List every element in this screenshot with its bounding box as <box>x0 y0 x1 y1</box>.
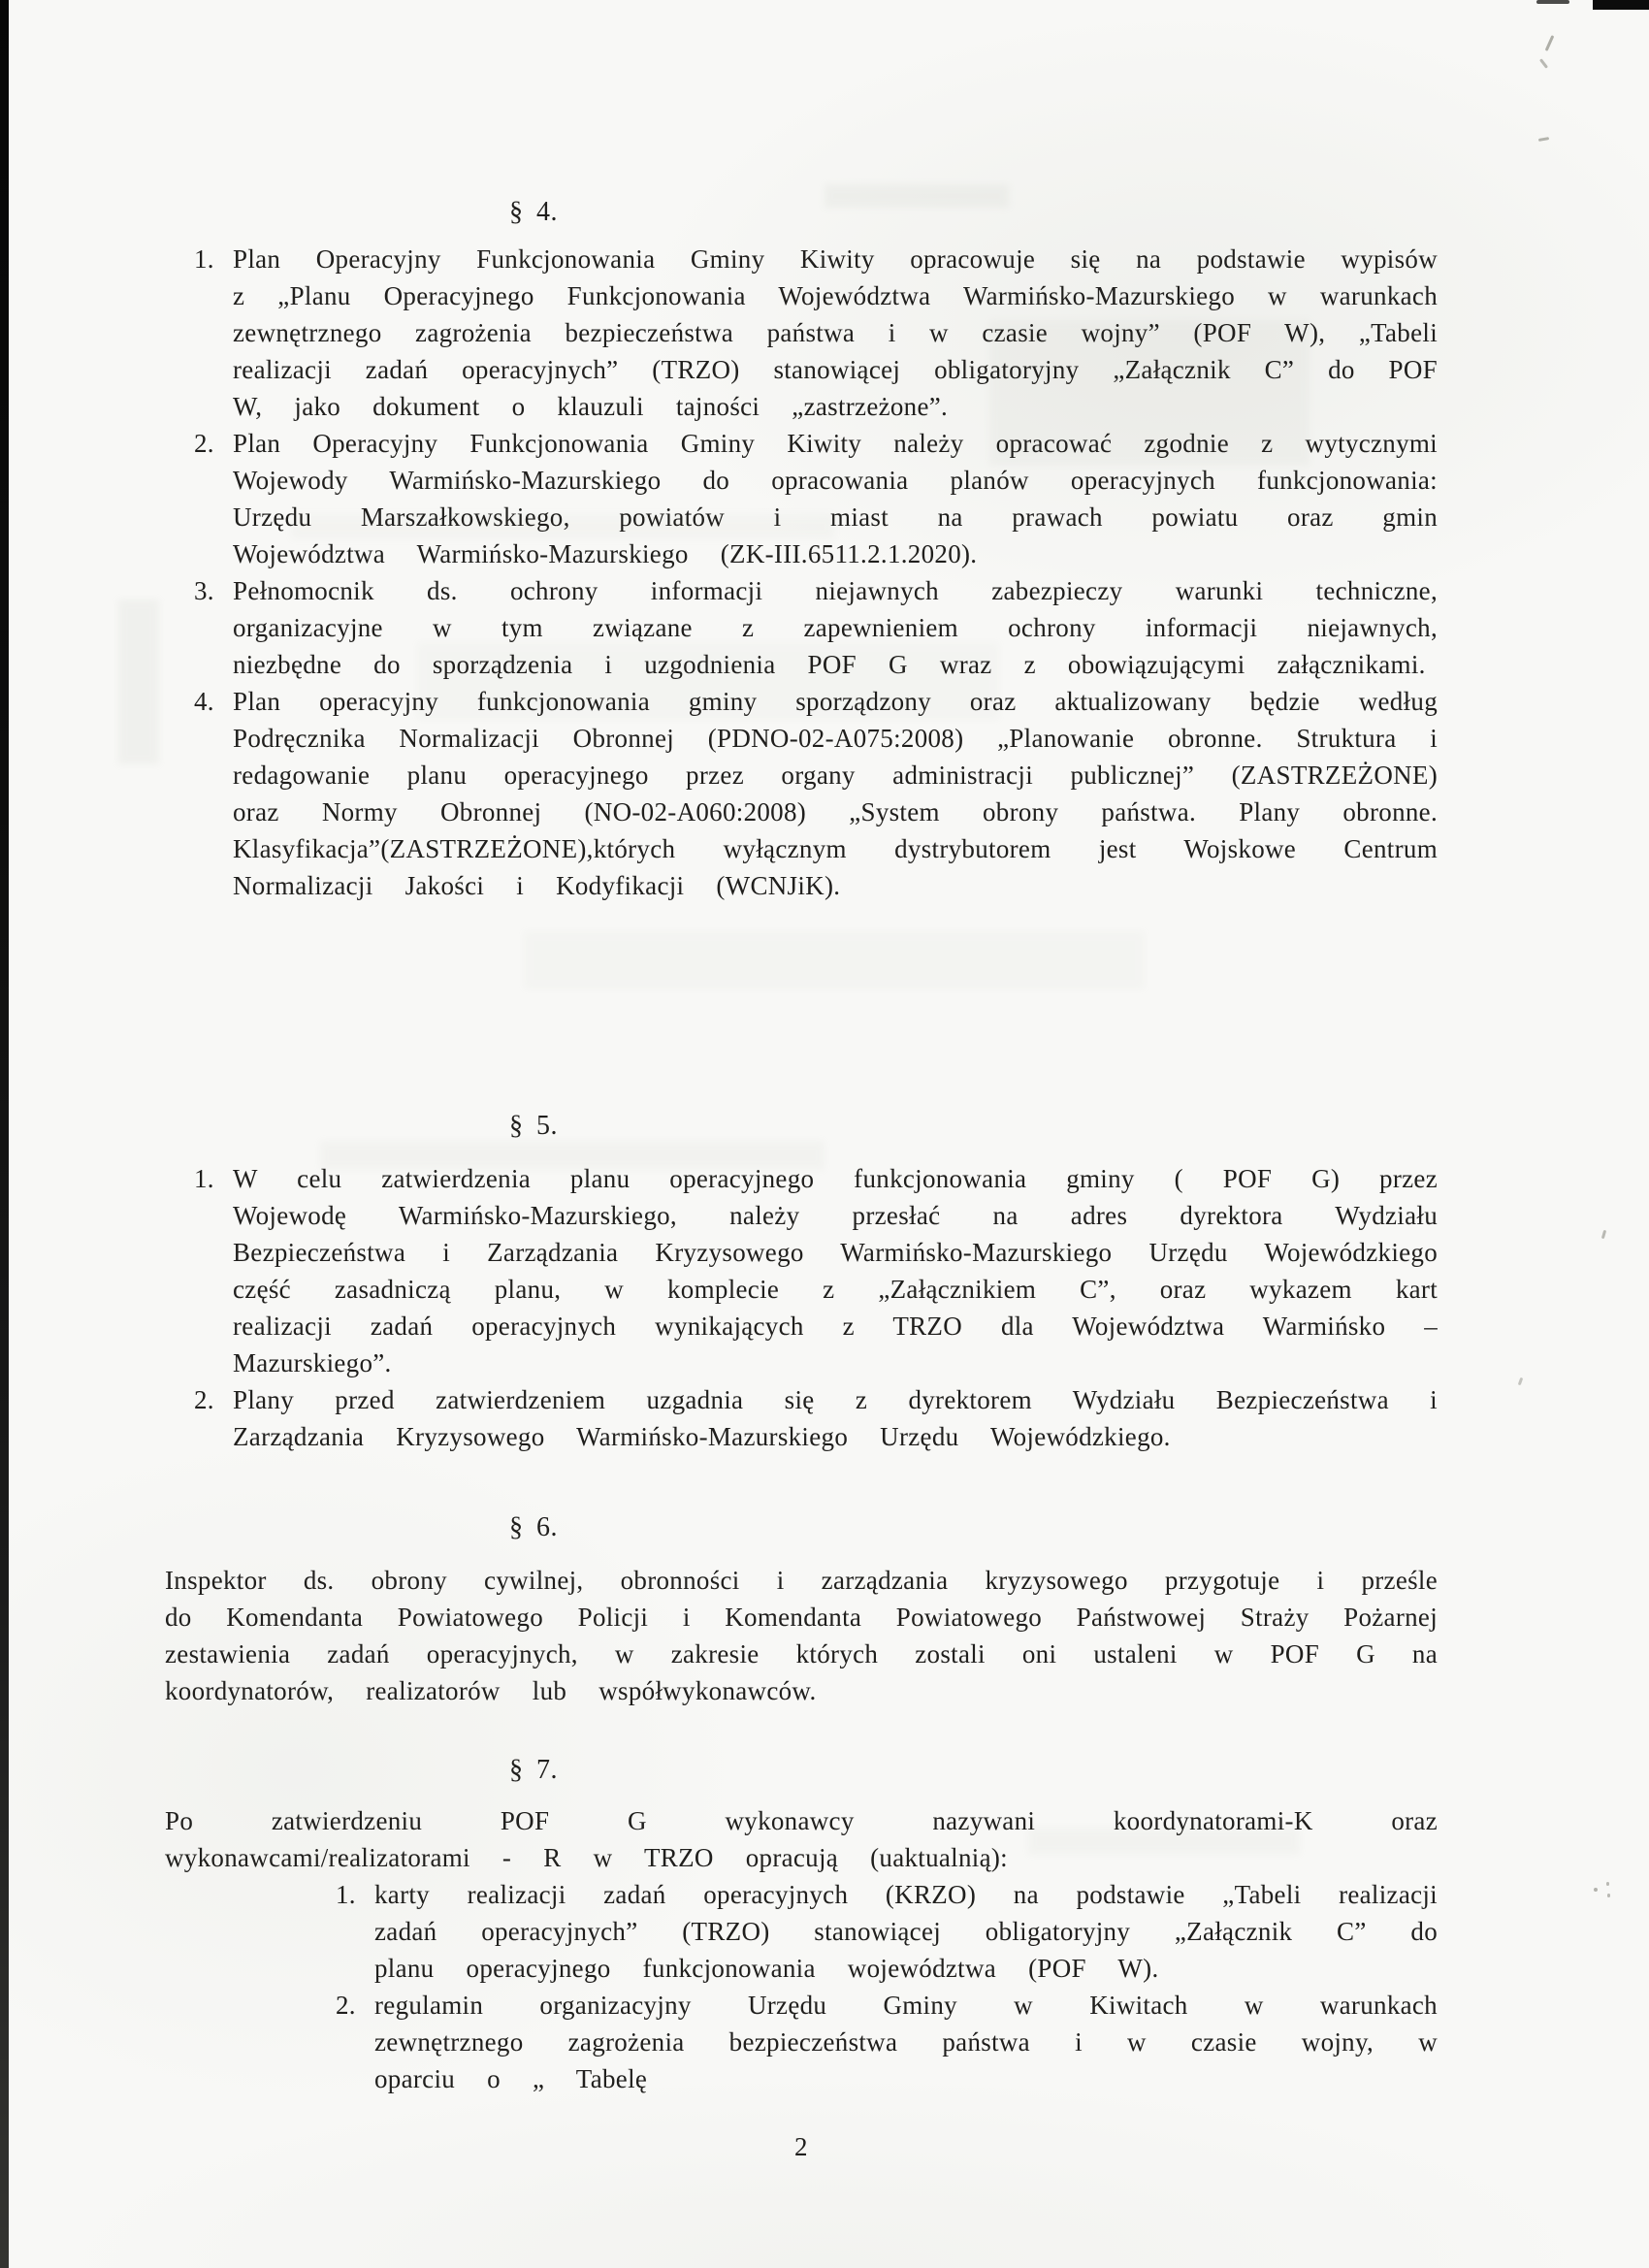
section-6-heading: § 6. <box>165 1509 902 1546</box>
scan-speck <box>1538 137 1549 142</box>
section-7-list: 1. karty realizacji zadań operacyjnych (… <box>165 1876 1438 2097</box>
scan-edge-strip-left <box>0 0 9 2268</box>
list-item-text: Pełnomocnik ds. ochrony informacji nieja… <box>233 576 1438 679</box>
section-5-heading: § 5. <box>165 1108 902 1145</box>
section-7-intro-line-2: wykonawcami/realizatorami - R w TRZO opr… <box>165 1839 1438 1876</box>
list-item-number: 1. <box>194 241 214 277</box>
section-7-intro-line-1: Po zatwierdzeniu POF G wykonawcy nazywan… <box>165 1802 1438 1839</box>
list-item: 3. Pełnomocnik ds. ochrony informacji ni… <box>165 572 1438 683</box>
section-6-paragraph: Inspektor ds. obrony cywilnej, obronnośc… <box>165 1562 1438 1709</box>
bleed-through-smudge <box>118 599 159 764</box>
scan-speck <box>1545 35 1555 51</box>
list-item-text: karty realizacji zadań operacyjnych (KRZ… <box>374 1880 1438 1983</box>
list-item-text: Plan operacyjny funkcjonowania gminy spo… <box>233 687 1438 900</box>
list-item-number: 1. <box>194 1160 214 1197</box>
list-item: 2. Plan Operacyjny Funkcjonowania Gminy … <box>165 425 1438 572</box>
scanned-document-page: § 4. 1. Plan Operacyjny Funkcjonowania G… <box>0 0 1649 2268</box>
list-item: 2. regulamin organizacyjny Urzędu Gminy … <box>165 1987 1438 2097</box>
list-item-text: W celu zatwierdzenia planu operacyjnego … <box>233 1164 1438 1377</box>
list-item: 4. Plan operacyjny funkcjonowania gminy … <box>165 683 1438 904</box>
list-item-text: Plan Operacyjny Funkcjonowania Gminy Kiw… <box>233 429 1438 568</box>
list-item-number: 1. <box>336 1876 356 1913</box>
scan-speck <box>1539 58 1548 69</box>
scan-speck <box>1601 1230 1606 1239</box>
list-item-number: 2. <box>194 1381 214 1418</box>
list-item: 1. W celu zatwierdzenia planu operacyjne… <box>165 1160 1438 1381</box>
scan-speck <box>1594 1888 1598 1892</box>
list-item-text: Plan Operacyjny Funkcjonowania Gminy Kiw… <box>233 244 1438 421</box>
list-item: 2. Plany przed zatwierdzeniem uzgadnia s… <box>165 1381 1438 1455</box>
page-number: 2 <box>165 2132 1438 2162</box>
list-item-text: Plany przed zatwierdzeniem uzgadnia się … <box>233 1385 1438 1451</box>
list-item-number: 2. <box>194 425 214 462</box>
list-item-number: 2. <box>336 1987 356 2024</box>
scan-edge-notch-top <box>1536 0 1569 4</box>
scan-edge-bar-top-right <box>1593 0 1649 10</box>
list-item-text: regulamin organizacyjny Urzędu Gminy w K… <box>374 1991 1438 2093</box>
scan-speck <box>1518 1377 1524 1386</box>
section-7-heading: § 7. <box>165 1752 902 1789</box>
scan-speck <box>1606 1882 1609 1886</box>
list-item-number: 4. <box>194 683 214 720</box>
section-5-list: 1. W celu zatwierdzenia planu operacyjne… <box>165 1160 1438 1455</box>
list-item: 1. karty realizacji zadań operacyjnych (… <box>165 1876 1438 1987</box>
list-item-number: 3. <box>194 572 214 609</box>
section-4-heading: § 4. <box>165 194 902 231</box>
section-4-list: 1. Plan Operacyjny Funkcjonowania Gminy … <box>165 241 1438 904</box>
section-7-intro: Po zatwierdzeniu POF G wykonawcy nazywan… <box>165 1802 1438 1876</box>
bleed-through-smudge <box>524 931 1145 989</box>
scan-speck <box>1607 1894 1610 1897</box>
list-item: 1. Plan Operacyjny Funkcjonowania Gminy … <box>165 241 1438 425</box>
